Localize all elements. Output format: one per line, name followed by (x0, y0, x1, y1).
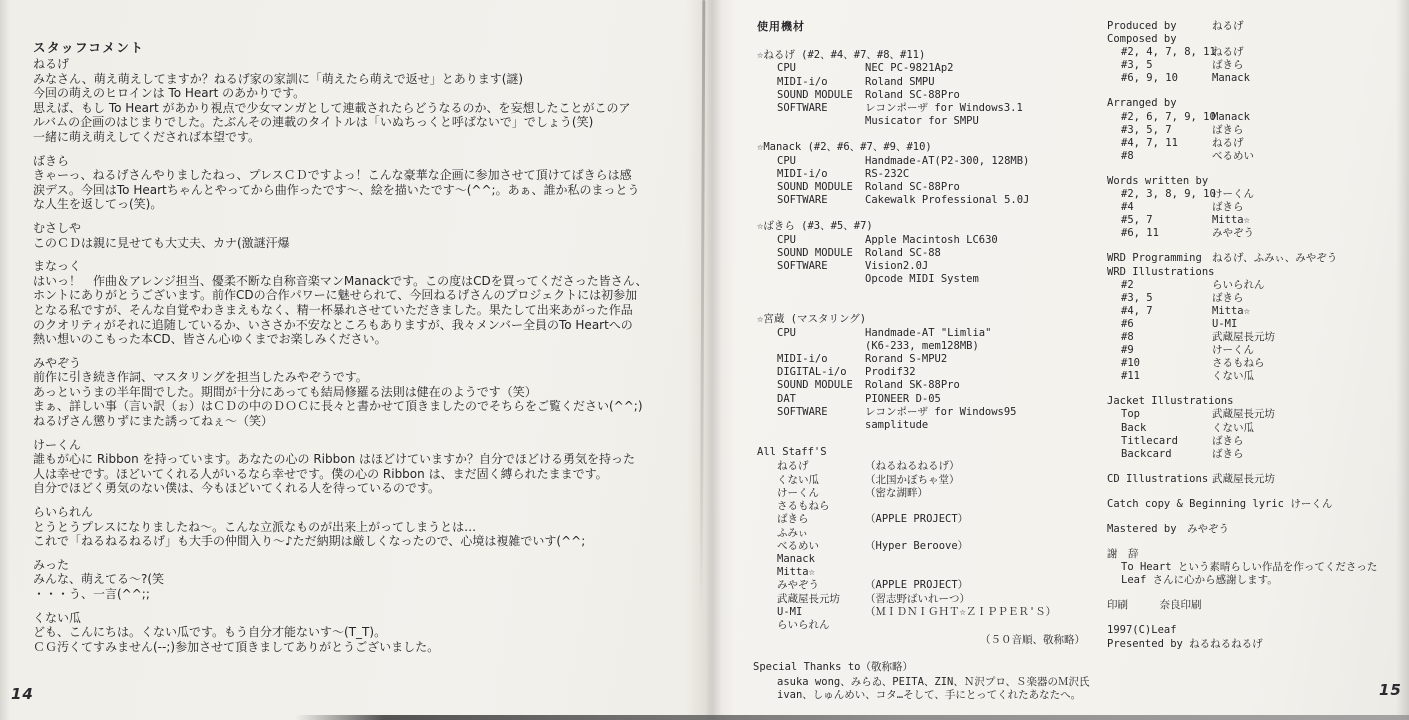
credits-line: #8武蔵屋長元坊 (1107, 331, 1407, 344)
comment-line: ルバムの企画のはじまりでした。たぶんその連載のタイトルは「いぬちっくと呼ばないで… (33, 115, 701, 130)
staff-name: ばきら (777, 513, 865, 526)
equipment-row: SOFTWAREレコンポーザ for Windows95 (757, 406, 1087, 419)
equipment-row: MIDI-i/oRS-232C (757, 168, 1087, 181)
comment-line: ども、こんにちは。くない瓜です。もう自分才能ないす〜(T_T)。 (33, 625, 701, 640)
comment-line: 自分でほどく勇気のない僕は、今もほどいてくれる人を待っているのです。 (33, 481, 701, 496)
special-thanks-line: asuka wong、みらゐ、PEITA、ZIN、Ｎ沢プロ、Ｓ楽器のＭ沢氏 (757, 676, 1087, 689)
comment-line: とうとうプレスになりましたね〜。こんな立派なものが出来上がってしまうとは… (33, 520, 701, 535)
credits-column: Produced byねるげComposed by#2, 4, 7, 8, 11… (1107, 20, 1407, 663)
credits-value: けーくん (1212, 188, 1254, 201)
credits-label: WRD Programming (1107, 252, 1212, 265)
credits-line: #6U-MI (1107, 318, 1407, 331)
comment-block: ねるげみなさん、萌え萌えしてますか？ねるげ家の家訓に「萌えたら萌えで返せ」とあり… (33, 57, 701, 145)
equipment-value: PIONEER D-05 (865, 393, 941, 406)
equipment-label: SOUND MODULE (777, 247, 865, 260)
comment-line: 熱い想いのこもった本CD、皆さん心ゆくまでお楽しみください。 (33, 332, 701, 347)
credits-label: CD Illustrations (1107, 473, 1212, 486)
credits-label: Titlecard (1121, 435, 1212, 448)
equipment-value: Handmade-AT "Limlia" (865, 327, 991, 340)
credits-label: Leaf さんに心から感謝します。 (1121, 574, 1212, 587)
equipment-label (777, 419, 865, 432)
comment-block: くない瓜ども、こんにちは。くない瓜です。もう自分才能ないす〜(T_T)。ＣＧ汚く… (33, 611, 701, 655)
equipment-title: 使用機材 (757, 20, 1087, 33)
comment-line: な人生を返してっ(笑)。 (33, 197, 701, 212)
comment-author: らいられん (33, 505, 701, 520)
equipment-value: Roland SC-88Pro (865, 181, 960, 194)
staff-row: さるもねら (757, 500, 1087, 513)
credits-value: Mitta☆ (1212, 214, 1250, 227)
credits-block: Produced byねるげComposed by#2, 4, 7, 8, 11… (1107, 20, 1407, 85)
equipment-value: Musicator for SMPU (865, 115, 979, 128)
special-thanks-lines: asuka wong、みらゐ、PEITA、ZIN、Ｎ沢プロ、Ｓ楽器のＭ沢氏iva… (757, 676, 1087, 702)
credits-line: #3, 5, 7ばきら (1107, 124, 1407, 137)
equipment-label: SOFTWARE (777, 406, 865, 419)
credits-line: WRD Illustrations (1107, 266, 1407, 279)
equipment-label: SOFTWARE (777, 194, 865, 207)
comment-line: あっというまの半年間でした。期間が十分にあっても結局修羅る法則は健在のようです（… (33, 385, 701, 400)
staff-name: らいられん (777, 619, 865, 632)
comment-author: むさしや (33, 221, 701, 236)
credits-value: Manack (1212, 111, 1250, 124)
equipment-label: DIGITAL-i/o (777, 366, 865, 379)
comment-line: まぁ、詳しい事（言い訳（ぉ）はＣＤの中のＤＯＣに長々と書かせて頂きましたのでそち… (33, 399, 701, 414)
staff-name: みやぞう (777, 579, 865, 592)
comment-block: まなっくはいっ！ 作曲＆アレンジ担当、優柔不断な自称音楽マンManackです。こ… (33, 259, 701, 347)
staff-circle: （習志野ばいれーつ） (865, 593, 970, 606)
equipment-label: MIDI-i/o (777, 353, 865, 366)
comment-line: ホントにありがとうございます。前作CDの合作パワーに魅せられて、今回ねるげさんの… (33, 288, 701, 303)
equipment-row: Opcode MIDI System (757, 273, 1087, 286)
staff-name: くない瓜 (777, 474, 865, 487)
credits-line: #2, 3, 8, 9, 10けーくん (1107, 188, 1407, 201)
credits-line: #3, 5ばきら (1107, 59, 1407, 72)
credits-label: Presented by ねるねるねるげ (1107, 638, 1212, 651)
credits-label: Backcard (1121, 448, 1212, 461)
equipment-setup: ☆Manack (#2、#6、#7、#9、#10)CPUHandmade-AT(… (757, 141, 1087, 207)
staff-circle: （APPLE PROJECT） (865, 513, 968, 526)
credits-label: Top (1121, 408, 1212, 421)
credits-value: ねるげ (1212, 46, 1244, 59)
equipment-row: SOUND MODULERoland SC-88Pro (757, 181, 1087, 194)
comment-line: ねるげさん懲りずにまた誘ってねぇ〜（笑） (33, 414, 701, 429)
equipment-label (777, 115, 865, 128)
staff-row: べるめい（Hyper Beroove） (757, 540, 1087, 553)
credits-label: #4, 7, 11 (1121, 137, 1212, 150)
credits-line: CD Illustrations武蔵屋長元坊 (1107, 473, 1407, 486)
equipment-setup: ☆ねるげ (#2、#4、#7、#8、#11)CPUNEC PC-9821Ap2M… (757, 49, 1087, 128)
credits-value: べるめい (1212, 150, 1254, 163)
credits-value: ばきら (1212, 292, 1244, 305)
credits-label: #3, 5 (1121, 59, 1212, 72)
comment-author: ばきら (33, 154, 701, 169)
credits-line: #2, 6, 7, 9, 10Manack (1107, 111, 1407, 124)
staff-name: けーくん (777, 487, 865, 500)
equipment-row: (K6-233, mem128MB) (757, 340, 1087, 353)
equipment-setups: ☆ねるげ (#2、#4、#7、#8、#11)CPUNEC PC-9821Ap2M… (757, 49, 1087, 432)
credits-line: Words written by (1107, 175, 1407, 188)
comment-line: となる私ですが、そんな自覚やわきまえもなく、精一杯暴れさせていただきました。果た… (33, 303, 701, 318)
credits-line: #4, 7Mitta☆ (1107, 305, 1407, 318)
comment-author: けーくん (33, 438, 701, 453)
credits-line: Titlecardばきら (1107, 435, 1407, 448)
credits-label: Catch copy & Beginning lyric けーくん (1107, 498, 1212, 511)
staff-name: ねるげ (777, 460, 865, 473)
credits-label: 印刷 奈良印刷 (1107, 599, 1212, 612)
credits-line: Backくない瓜 (1107, 422, 1407, 435)
equipment-label: CPU (777, 327, 865, 340)
equipment-label: SOUND MODULE (777, 181, 865, 194)
credits-value: Manack (1212, 72, 1250, 85)
comment-line: このＣＤは親に見せても大丈夫、カナ(激謎汗爆 (33, 236, 701, 251)
credits-line: To Heart という素晴らしい作品を作ってくださった (1107, 561, 1407, 574)
equipment-row: SOFTWAREレコンポーザ for Windows3.1 (757, 102, 1087, 115)
credits-label: #3, 5, 7 (1121, 124, 1212, 137)
staff-row: ふみぃ (757, 527, 1087, 540)
staff-circle: （APPLE PROJECT） (865, 579, 968, 592)
equipment-value: Opcode MIDI System (865, 273, 979, 286)
credits-label: #5, 7 (1121, 214, 1212, 227)
equipment-row: SOFTWAREVision2.0J (757, 260, 1087, 273)
credits-line: Catch copy & Beginning lyric けーくん (1107, 498, 1407, 511)
staff-circle: （密な湖畔） (865, 487, 928, 500)
credits-label: #4, 7 (1121, 305, 1212, 318)
equipment-row: CPUHandmade-AT "Limlia" (757, 327, 1087, 340)
equipment-label: MIDI-i/o (777, 76, 865, 89)
credits-label: #6 (1121, 318, 1212, 331)
credits-label: WRD Illustrations (1107, 266, 1212, 279)
booklet-spread: スタッフコメント ねるげみなさん、萌え萌えしてますか？ねるげ家の家訓に「萌えたら… (0, 0, 1409, 720)
equipment-value: Roland SMPU (865, 76, 935, 89)
credits-line: #4ばきら (1107, 201, 1407, 214)
credits-label: #2, 4, 7, 8, 11 (1121, 46, 1212, 59)
equipment-label: CPU (777, 62, 865, 75)
setup-owner: ☆Manack (#2、#6、#7、#9、#10) (757, 141, 1087, 154)
credits-label: #9 (1121, 344, 1212, 357)
credits-line: #2らいられん (1107, 279, 1407, 292)
credits-label: Words written by (1107, 175, 1212, 188)
staff-row: みやぞう（APPLE PROJECT） (757, 579, 1087, 592)
equipment-value: RS-232C (865, 168, 909, 181)
equipment-setup: ☆ばきら (#3、#5、#7)CPUApple Macintosh LC630S… (757, 220, 1087, 286)
credits-line: WRD Programmingねるげ、ふみぃ、みやぞう (1107, 252, 1407, 265)
page-number-right: 15 (1379, 681, 1402, 699)
special-thanks-title: Special Thanks to（敬称略） (753, 661, 1087, 674)
comment-line: 涙デス。今回はTo Heartちゃんとやってから曲作ったです〜、絵を描いたです〜… (33, 183, 701, 198)
credits-value: U-MI (1212, 318, 1237, 331)
page-number-left: 14 (11, 685, 34, 703)
equipment-value: Apple Macintosh LC630 (865, 234, 998, 247)
credits-label: #2, 3, 8, 9, 10 (1121, 188, 1212, 201)
equipment-label: SOUND MODULE (777, 379, 865, 392)
credits-line: #5, 7Mitta☆ (1107, 214, 1407, 227)
credits-block: Words written by#2, 3, 8, 9, 10けーくん#4ばきら… (1107, 175, 1407, 240)
credits-label: #10 (1121, 357, 1212, 370)
comment-line: これで「ねるねるねるげ」も大手の仲間入り〜♪ただ納期は厳しくなったので、心境は複… (33, 534, 701, 549)
equipment-row: SOFTWARECakewalk Professional 5.0J (757, 194, 1087, 207)
credits-block: Mastered by みやぞう (1107, 523, 1407, 536)
equipment-label: SOFTWARE (777, 260, 865, 273)
comment-line: はいっ！ 作曲＆アレンジ担当、優柔不断な自称音楽マンManackです。この度はC… (33, 274, 701, 289)
setup-owner: ☆宮蔵 (マスタリング) (757, 313, 1087, 326)
credits-line: #6, 9, 10Manack (1107, 72, 1407, 85)
staff-row: くない瓜（北国かぼちゃ堂） (757, 474, 1087, 487)
equipment-row: CPUNEC PC-9821Ap2 (757, 62, 1087, 75)
comment-author: ねるげ (33, 57, 701, 72)
credits-label: #2, 6, 7, 9, 10 (1121, 111, 1212, 124)
equipment-value: Rorand S-MPU2 (865, 353, 947, 366)
equipment-row: SOUND MODULERoland SC-88 (757, 247, 1087, 260)
credits-line: 謝 辞 (1107, 548, 1407, 561)
credits-line: #9けーくん (1107, 344, 1407, 357)
credits-block: 1997(C)LeafPresented by ねるねるねるげ (1107, 624, 1407, 650)
equipment-label (777, 273, 865, 286)
credits-label: #3, 5 (1121, 292, 1212, 305)
staff-row: Mitta☆ (757, 566, 1087, 579)
credits-value: 武蔵屋長元坊 (1212, 408, 1275, 421)
credits-value: さるもねら (1212, 357, 1265, 370)
equipment-row: DIGITAL-i/oProdif32 (757, 366, 1087, 379)
staff-row: 武蔵屋長元坊（習志野ばいれーつ） (757, 593, 1087, 606)
credits-block: 印刷 奈良印刷 (1107, 599, 1407, 612)
credits-line: Backcardばきら (1107, 448, 1407, 461)
credits-label: #2 (1121, 279, 1212, 292)
credits-block: WRD Programmingねるげ、ふみぃ、みやぞうWRD Illustrat… (1107, 252, 1407, 383)
credits-value: くない瓜 (1212, 422, 1254, 435)
setup-owner: ☆ばきら (#3、#5、#7) (757, 220, 1087, 233)
staff-name: ふみぃ (777, 527, 865, 540)
staff-name: U-MI (777, 606, 865, 619)
special-thanks: Special Thanks to（敬称略） asuka wong、みらゐ、PE… (757, 661, 1087, 702)
special-thanks-line: ivan、しゅんめい、コタ…そして、手にとってくれたあなたへ。 (757, 689, 1087, 702)
staff-name: 武蔵屋長元坊 (777, 593, 865, 606)
equipment-value: レコンポーザ for Windows95 (865, 406, 1017, 419)
equipment-label: MIDI-i/o (777, 168, 865, 181)
equipment-value: Cakewalk Professional 5.0J (865, 194, 1029, 207)
comment-line: きゃーっ、ねるげさんやりましたねっ、プレスＣＤですよっ！こんな豪華な企画に参加さ… (33, 168, 701, 183)
comment-line: ・・・う、一言(^^;; (33, 587, 701, 602)
equipment-value: Prodif32 (865, 366, 916, 379)
equipment-setup: ☆宮蔵 (マスタリング)CPUHandmade-AT "Limlia"(K6-2… (757, 313, 1087, 432)
equipment-row: CPUHandmade-AT(P2-300, 128MB) (757, 155, 1087, 168)
comment-block: けーくん誰もが心に Ribbon を持っています。あなたの心の Ribbon は… (33, 438, 701, 496)
credits-line: #3, 5ばきら (1107, 292, 1407, 305)
credits-line: Produced byねるげ (1107, 20, 1407, 33)
page-right: 使用機材 ☆ねるげ (#2、#4、#7、#8、#11)CPUNEC PC-982… (710, 0, 1409, 720)
comment-line: 誰もが心に Ribbon を持っています。あなたの心の Ribbon はほどけて… (33, 452, 701, 467)
credits-line: Leaf さんに心から感謝します。 (1107, 574, 1407, 587)
staff-row: ばきら（APPLE PROJECT） (757, 513, 1087, 526)
staff-circle: （ＭＩＤＮＩＧＨＴ☆ＺＩＰＰＥＲ'Ｓ） (865, 606, 1056, 619)
equipment-column: 使用機材 ☆ねるげ (#2、#4、#7、#8、#11)CPUNEC PC-982… (757, 20, 1087, 702)
credits-line: Top武蔵屋長元坊 (1107, 408, 1407, 421)
credits-label: #11 (1121, 370, 1212, 383)
credits-label: #4 (1121, 201, 1212, 214)
credits-line: Presented by ねるねるねるげ (1107, 638, 1407, 651)
staff-circle: （ねるねるねるげ） (865, 460, 960, 473)
staff-name: Mitta☆ (777, 566, 865, 579)
comment-line: ＣＧ汚くてすみません(--;)参加させて頂きましてありがとうございました。 (33, 640, 701, 655)
staff-row: U-MI（ＭＩＤＮＩＧＨＴ☆ＺＩＰＰＥＲ'Ｓ） (757, 606, 1087, 619)
credits-value: けーくん (1212, 344, 1254, 357)
comment-author: まなっく (33, 259, 701, 274)
equipment-value: Roland SC-88Pro (865, 89, 960, 102)
staff-circle: （北国かぼちゃ堂） (865, 474, 960, 487)
comment-line: のクオリティがそれに追随しているか、いささか不安なところもありますが、我々メンバ… (33, 318, 701, 333)
equipment-value: Roland SC-88 (865, 247, 941, 260)
comment-author: くない瓜 (33, 611, 701, 626)
comment-line: 人は幸せです。ほどいてくれる人がいるなら幸せです。僕の心の Ribbon は、ま… (33, 467, 701, 482)
comment-author: みやぞう (33, 356, 701, 371)
credits-value: ばきら (1212, 435, 1244, 448)
all-staffs-rows: ねるげ（ねるねるねるげ）くない瓜（北国かぼちゃ堂）けーくん（密な湖畔）さるもねら… (757, 460, 1087, 632)
credits-block: CD Illustrations武蔵屋長元坊 (1107, 473, 1407, 486)
credits-line: #11くない瓜 (1107, 370, 1407, 383)
staff-circle: （Hyper Beroove） (865, 540, 968, 553)
comment-block: ばきらきゃーっ、ねるげさんやりましたねっ、プレスＣＤですよっ！こんな豪華な企画に… (33, 154, 701, 212)
comment-block: むさしやこのＣＤは親に見せても大丈夫、カナ(激謎汗爆 (33, 221, 701, 250)
equipment-label: SOUND MODULE (777, 89, 865, 102)
credits-line: #10さるもねら (1107, 357, 1407, 370)
credits-label: Produced by (1107, 20, 1212, 33)
equipment-row: DATPIONEER D-05 (757, 393, 1087, 406)
credits-line: Jacket Illustrations (1107, 395, 1407, 408)
comment-line: 今回の萌えのヒロインは To Heart のあかりです。 (33, 86, 701, 101)
credits-value: らいられん (1212, 279, 1265, 292)
credits-label: Arranged by (1107, 97, 1212, 110)
credits-value: くない瓜 (1212, 370, 1254, 383)
equipment-value: (K6-233, mem128MB) (865, 340, 979, 353)
credits-value: ねるげ (1212, 137, 1244, 150)
comment-line: みんな、萌えてる〜?(笑 (33, 572, 701, 587)
staff-row: けーくん（密な湖畔） (757, 487, 1087, 500)
equipment-row: samplitude (757, 419, 1087, 432)
credits-block: Jacket IllustrationsTop武蔵屋長元坊Backくない瓜Tit… (1107, 395, 1407, 460)
credits-block: 謝 辞To Heart という素晴らしい作品を作ってくださったLeaf さんに心… (1107, 548, 1407, 587)
credits-line: #2, 4, 7, 8, 11ねるげ (1107, 46, 1407, 59)
credits-value: Mitta☆ (1212, 305, 1250, 318)
comment-line: 前作に引き続き作詞、マスタリングを担当したみやぞうです。 (33, 370, 701, 385)
credits-line: Composed by (1107, 33, 1407, 46)
all-staffs-title: All Staff'S (757, 446, 1087, 459)
credits-label: #8 (1121, 331, 1212, 344)
equipment-value: Vision2.0J (865, 260, 928, 273)
credits-label: #8 (1121, 150, 1212, 163)
staff-row: らいられん (757, 619, 1087, 632)
credits-value: ばきら (1212, 201, 1244, 214)
staff-name: さるもねら (777, 500, 865, 513)
credits-label: #6, 9, 10 (1121, 72, 1212, 85)
staff-comments-title: スタッフコメント (33, 38, 144, 56)
staff-row: ねるげ（ねるねるねるげ） (757, 460, 1087, 473)
page-left: スタッフコメント ねるげみなさん、萌え萌えしてますか？ねるげ家の家訓に「萌えたら… (0, 0, 710, 720)
comment-block: みやぞう前作に引き続き作詞、マスタリングを担当したみやぞうです。あっというまの半… (33, 356, 701, 429)
staff-row: Manack (757, 553, 1087, 566)
comment-line: 思えば、もし To Heart があかり視点で少女マンガとして連載されたらどうな… (33, 101, 701, 116)
comment-line: 一緒に萌え萌えしてくだされば本望です。 (33, 130, 701, 145)
all-staffs: All Staff'S ねるげ（ねるねるねるげ）くない瓜（北国かぼちゃ堂）けーく… (757, 446, 1087, 647)
equipment-row: CPUApple Macintosh LC630 (757, 234, 1087, 247)
credits-value: ねるげ (1212, 20, 1244, 33)
credits-line: #8べるめい (1107, 150, 1407, 163)
equipment-label: CPU (777, 155, 865, 168)
credits-label: Back (1121, 422, 1212, 435)
credits-value: ねるげ、ふみぃ、みやぞう (1212, 252, 1337, 265)
equipment-value: NEC PC-9821Ap2 (865, 62, 954, 75)
staff-comments: ねるげみなさん、萌え萌えしてますか？ねるげ家の家訓に「萌えたら萌えで返せ」とあり… (33, 57, 701, 663)
equipment-value: Roland SK-88Pro (865, 379, 960, 392)
equipment-row: Musicator for SMPU (757, 115, 1087, 128)
equipment-label: SOFTWARE (777, 102, 865, 115)
equipment-row: SOUND MODULERoland SC-88Pro (757, 89, 1087, 102)
credits-value: ばきら (1212, 448, 1244, 461)
credits-label: 1997(C)Leaf (1107, 624, 1212, 637)
credits-value: ばきら (1212, 59, 1244, 72)
credits-label: Jacket Illustrations (1107, 395, 1212, 408)
credits-value: ばきら (1212, 124, 1244, 137)
equipment-label: CPU (777, 234, 865, 247)
credits-line: #4, 7, 11ねるげ (1107, 137, 1407, 150)
credits-line: Arranged by (1107, 97, 1407, 110)
equipment-value: Handmade-AT(P2-300, 128MB) (865, 155, 1029, 168)
credits-label: Composed by (1107, 33, 1212, 46)
staff-name: べるめい (777, 540, 865, 553)
credits-line: 印刷 奈良印刷 (1107, 599, 1407, 612)
comment-author: みった (33, 558, 701, 573)
equipment-value: samplitude (865, 419, 928, 432)
equipment-row: SOUND MODULERoland SK-88Pro (757, 379, 1087, 392)
equipment-row: MIDI-i/oRoland SMPU (757, 76, 1087, 89)
credits-value: 武蔵屋長元坊 (1212, 473, 1275, 486)
credits-line: Mastered by みやぞう (1107, 523, 1407, 536)
staff-name: Manack (777, 553, 865, 566)
credits-value: 武蔵屋長元坊 (1212, 331, 1275, 344)
comment-line: みなさん、萌え萌えしてますか？ねるげ家の家訓に「萌えたら萌えで返せ」とあります(… (33, 72, 701, 87)
credits-label: Mastered by みやぞう (1107, 523, 1212, 536)
credits-block: Arranged by#2, 6, 7, 9, 10Manack#3, 5, 7… (1107, 97, 1407, 162)
equipment-label: DAT (777, 393, 865, 406)
credits-block: Catch copy & Beginning lyric けーくん (1107, 498, 1407, 511)
comment-block: らいられんとうとうプレスになりましたね〜。こんな立派なものが出来上がってしまうと… (33, 505, 701, 549)
credits-value: みやぞう (1212, 227, 1254, 240)
equipment-value: レコンポーザ for Windows3.1 (865, 102, 1023, 115)
credits-label: 謝 辞 (1107, 548, 1212, 561)
equipment-row: MIDI-i/oRorand S-MPU2 (757, 353, 1087, 366)
all-staffs-note: （５０音順、敬称略） (757, 634, 1087, 647)
comment-block: みったみんな、萌えてる〜?(笑・・・う、一言(^^;; (33, 558, 701, 602)
setup-owner: ☆ねるげ (#2、#4、#7、#8、#11) (757, 49, 1087, 62)
credits-line: 1997(C)Leaf (1107, 624, 1407, 637)
credits-label: #6, 11 (1121, 227, 1212, 240)
credits-label: To Heart という素晴らしい作品を作ってくださった (1121, 561, 1212, 574)
equipment-label (777, 340, 865, 353)
credits-line: #6, 11みやぞう (1107, 227, 1407, 240)
